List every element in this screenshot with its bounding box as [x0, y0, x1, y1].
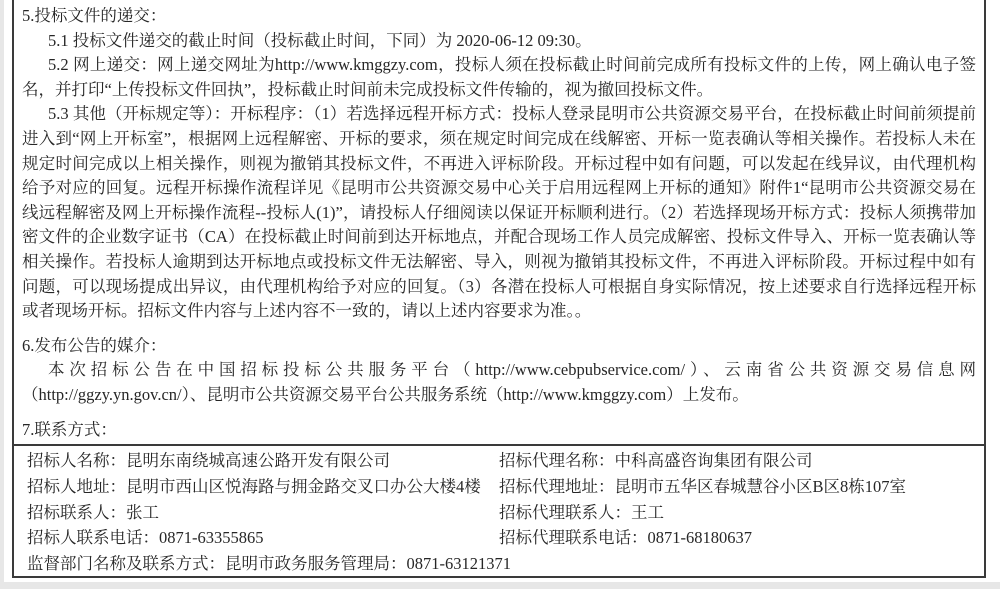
section-6-body: 本次招标公告在中国招标投标公共服务平台（http://www.cebpubser… [22, 358, 976, 407]
contact-row: 招标人联系电话：0871-63355865 招标代理联系电话：0871-6818… [14, 525, 984, 551]
agency-contact-person: 招标代理联系人：王工 [499, 500, 984, 526]
agency-name: 招标代理名称：中科高盛咨询集团有限公司 [499, 448, 984, 474]
section-7-heading: 7.联系方式： [22, 418, 976, 443]
tenderer-name: 招标人名称：昆明东南绕城高速公路开发有限公司 [14, 448, 499, 474]
supervision-department: 监督部门名称及联系方式：昆明市政务服务管理局：0871-63121371 [14, 551, 984, 576]
tenderer-contact-person: 招标联系人：张工 [14, 500, 499, 526]
contact-row: 招标人名称：昆明东南绕城高速公路开发有限公司 招标代理名称：中科高盛咨询集团有限… [14, 448, 984, 474]
contact-table: 招标人名称：昆明东南绕城高速公路开发有限公司 招标代理名称：中科高盛咨询集团有限… [14, 444, 984, 576]
section-5-heading: 5.投标文件的递交： [22, 4, 976, 29]
contact-row: 招标联系人：张工 招标代理联系人：王工 [14, 500, 984, 526]
document-page: 5.投标文件的递交： 5.1 投标文件递交的截止时间（投标截止时间，下同）为 2… [12, 0, 986, 578]
clause-5-2: 5.2 网上递交：网上递交网址为http://www.kmggzy.com，投标… [22, 53, 976, 102]
agency-address: 招标代理地址：昆明市五华区春城慧谷小区B区8栋107室 [499, 474, 984, 500]
contact-row: 监督部门名称及联系方式：昆明市政务服务管理局：0871-63121371 [14, 551, 984, 576]
agency-phone: 招标代理联系电话：0871-68180637 [499, 525, 984, 551]
section-6-heading: 6.发布公告的媒介： [22, 334, 976, 359]
tenderer-address: 招标人地址：昆明市西山区悦海路与拥金路交叉口办公大楼4楼 [14, 474, 499, 500]
document-content: 5.投标文件的递交： 5.1 投标文件递交的截止时间（投标截止时间，下同）为 2… [14, 0, 984, 576]
clause-5-3: 5.3 其他（开标规定等）：开标程序：（1）若选择远程开标方式：投标人登录昆明市… [22, 102, 976, 323]
page-edge-bottom [0, 582, 1000, 589]
clause-5-1: 5.1 投标文件递交的截止时间（投标截止时间，下同）为 2020-06-12 0… [22, 29, 976, 54]
tenderer-phone: 招标人联系电话：0871-63355865 [14, 525, 499, 551]
page-edge-left [0, 0, 4, 589]
contact-row: 招标人地址：昆明市西山区悦海路与拥金路交叉口办公大楼4楼 招标代理地址：昆明市五… [14, 474, 984, 500]
